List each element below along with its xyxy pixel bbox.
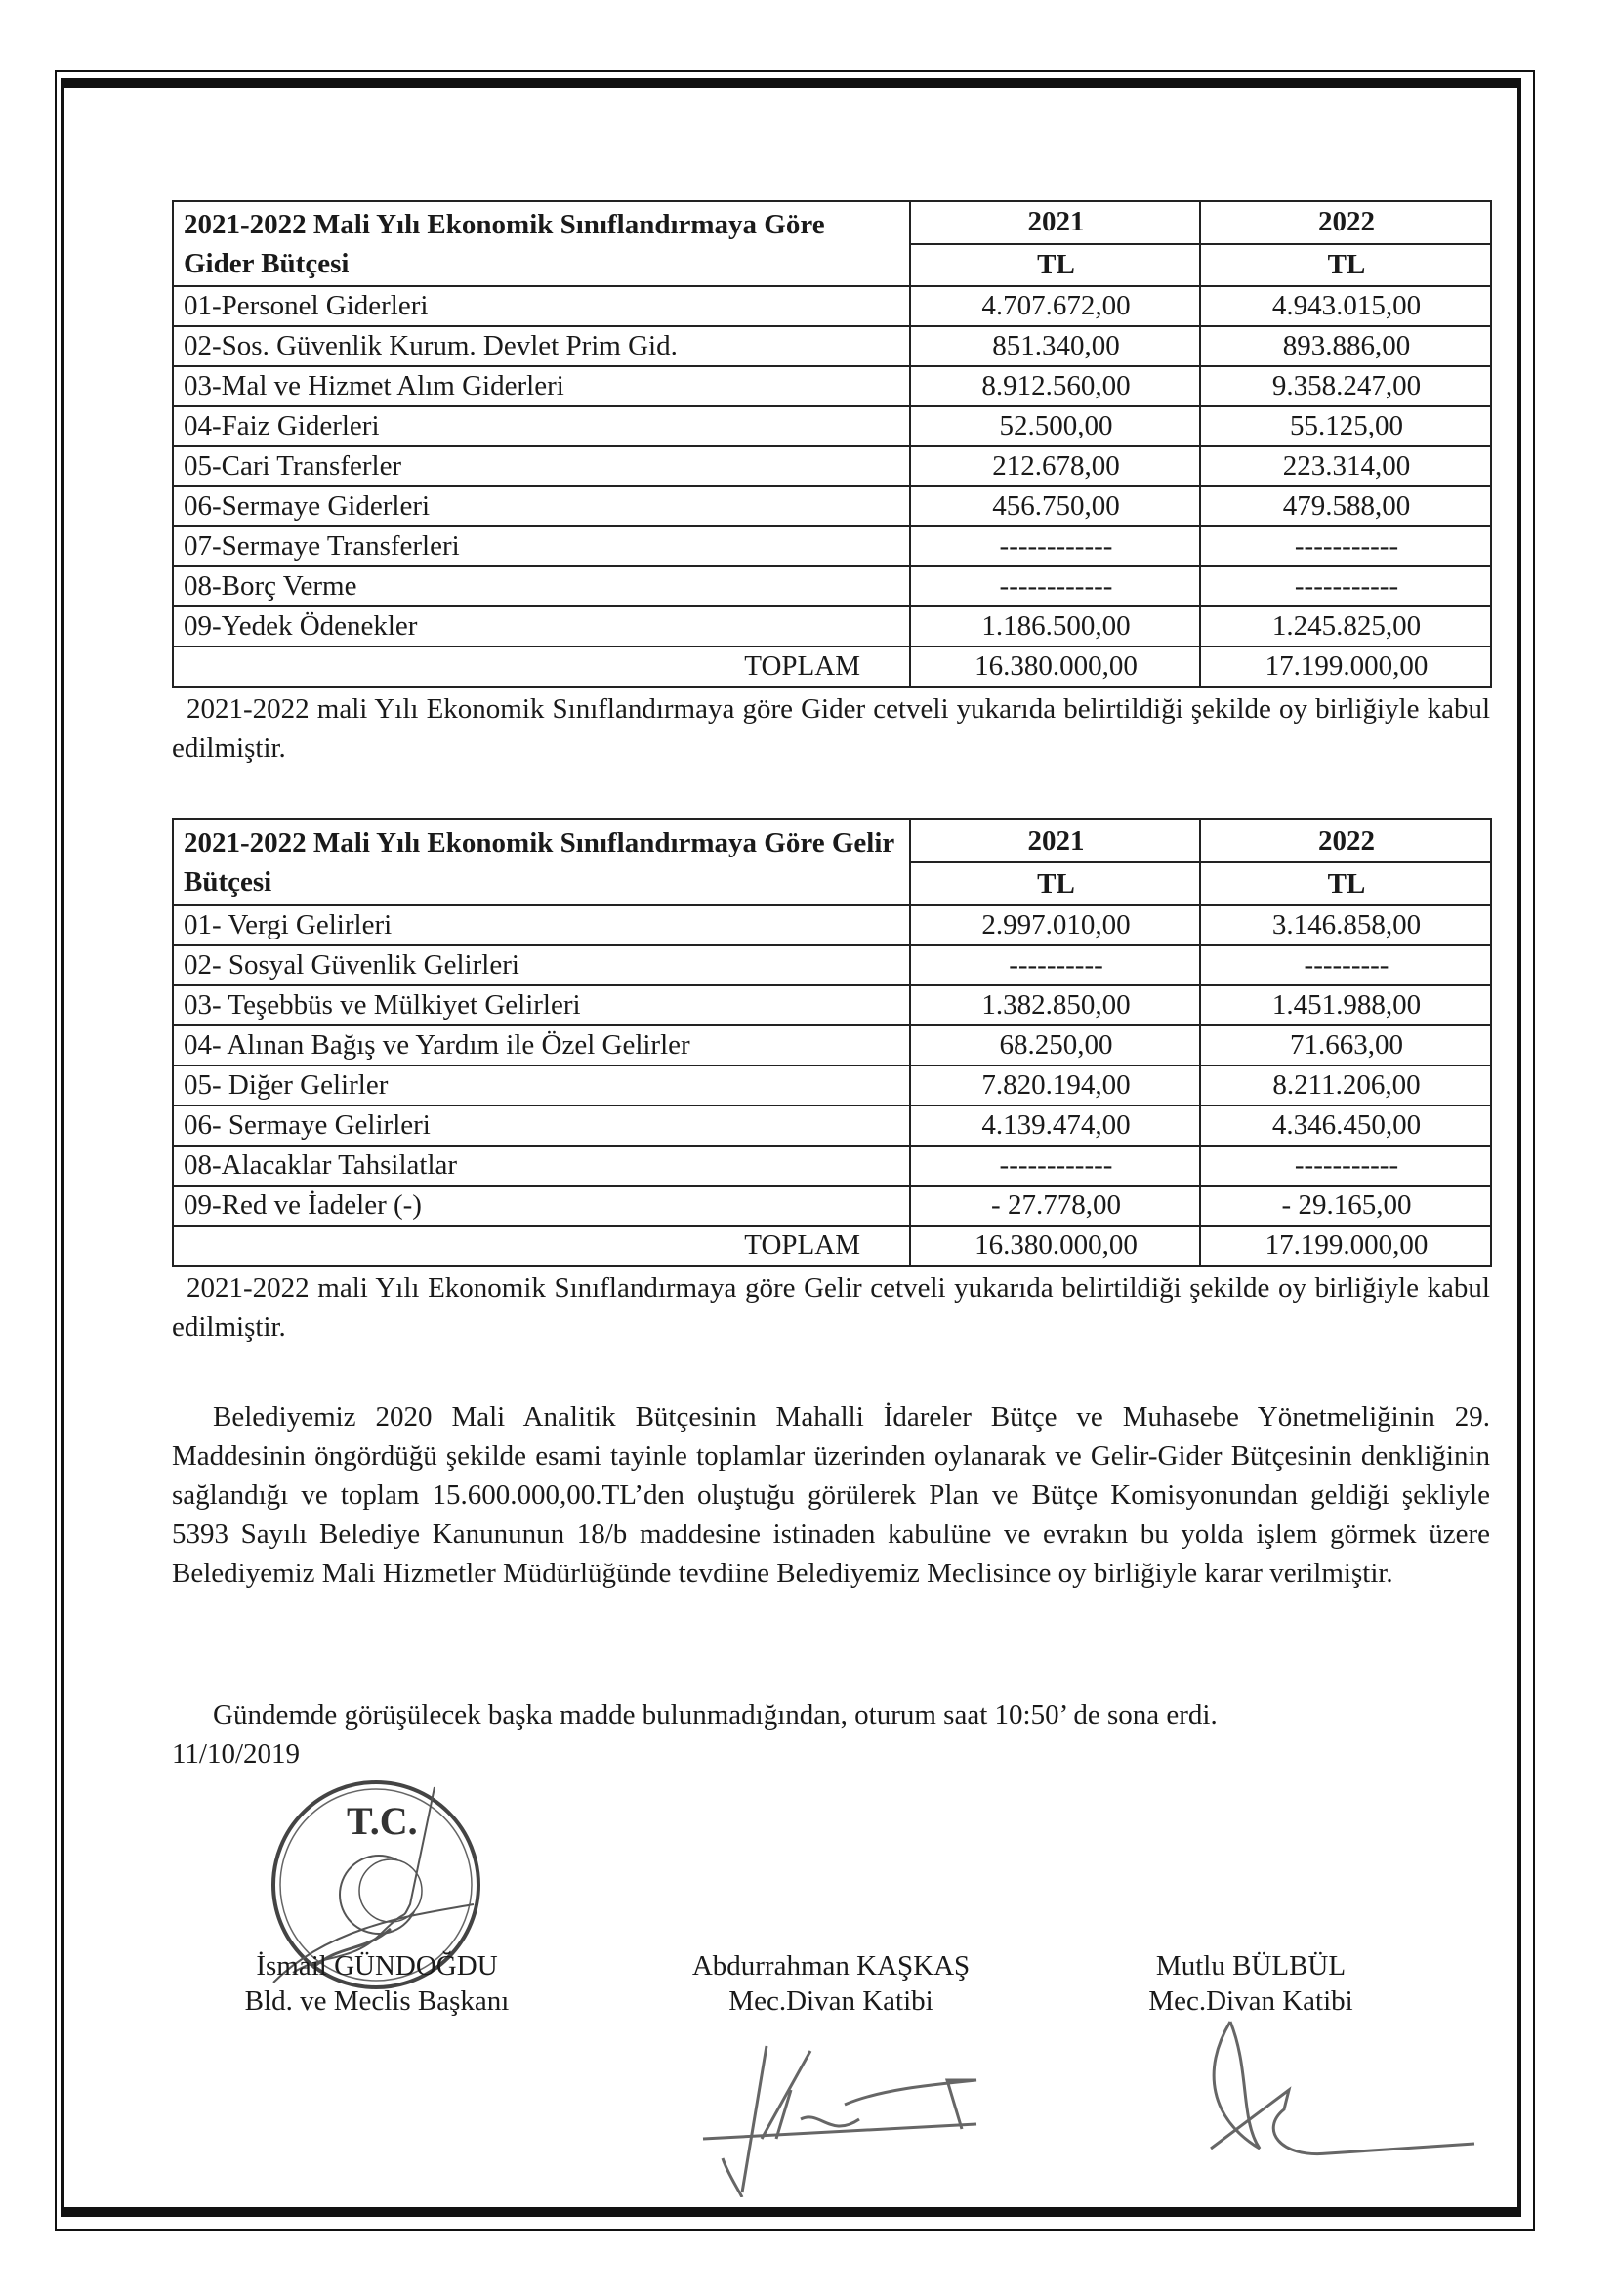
- table-row: 01- Vergi Gelirleri2.997.010,003.146.858…: [173, 905, 1491, 945]
- year-header-2022: 2022: [1200, 819, 1491, 862]
- closing-text: Gündemde görüşülecek başka madde bulunma…: [213, 1699, 1218, 1731]
- row-label: 07-Sermaye Transferleri: [173, 526, 910, 566]
- row-label: 06- Sermaye Gelirleri: [173, 1106, 910, 1146]
- value-2021: ----------: [910, 945, 1200, 985]
- decision-paragraph: Belediyemiz 2020 Mali Analitik Bütçesini…: [172, 1398, 1490, 1593]
- total-row: TOPLAM16.380.000,0017.199.000,00: [173, 647, 1491, 687]
- value-2021: 4.139.474,00: [910, 1106, 1200, 1146]
- table-row: 04-Faiz Giderleri52.500,0055.125,00: [173, 406, 1491, 446]
- total-label: TOPLAM: [173, 647, 910, 687]
- value-2021: 1.382.850,00: [910, 985, 1200, 1025]
- value-2021: 851.340,00: [910, 326, 1200, 366]
- value-2022: 893.886,00: [1200, 326, 1491, 366]
- total-2021: 16.380.000,00: [910, 1226, 1200, 1266]
- table-row: 08-Alacaklar Tahsilatlar----------------…: [173, 1146, 1491, 1186]
- value-2021: ------------: [910, 1146, 1200, 1186]
- value-2022: -----------: [1200, 526, 1491, 566]
- table-row: 09-Red ve İadeler (-)- 27.778,00- 29.165…: [173, 1186, 1491, 1226]
- row-label: 09-Yedek Ödenekler: [173, 606, 910, 647]
- value-2021: 2.997.010,00: [910, 905, 1200, 945]
- row-label: 05-Cari Transferler: [173, 446, 910, 486]
- table-row: 04- Alınan Bağış ve Yardım ile Özel Geli…: [173, 1025, 1491, 1065]
- row-label: 02-Sos. Güvenlik Kurum. Devlet Prim Gid.: [173, 326, 910, 366]
- signatory-1: İsmail GÜNDOĞDU Bld. ve Meclis Başkanı: [230, 1948, 523, 2020]
- row-label: 09-Red ve İadeler (-): [173, 1186, 910, 1226]
- signatory-title: Bld. ve Meclis Başkanı: [230, 1983, 523, 2019]
- year-header-2021: 2021: [910, 201, 1200, 244]
- signatory-name: Mutlu BÜLBÜL: [1104, 1948, 1397, 1983]
- total-label: TOPLAM: [173, 1226, 910, 1266]
- value-2022: 479.588,00: [1200, 486, 1491, 526]
- table-row: 06-Sermaye Giderleri456.750,00479.588,00: [173, 486, 1491, 526]
- value-2021: 4.707.672,00: [910, 286, 1200, 326]
- table-row: 06- Sermaye Gelirleri4.139.474,004.346.4…: [173, 1106, 1491, 1146]
- signature-bulbul-icon: [1191, 2012, 1484, 2158]
- row-label: 03-Mal ve Hizmet Alım Giderleri: [173, 366, 910, 406]
- row-label: 01-Personel Giderleri: [173, 286, 910, 326]
- signature-block: İsmail GÜNDOĞDU Bld. ve Meclis Başkanı A…: [172, 1948, 1490, 2007]
- year-header-2021: 2021: [910, 819, 1200, 862]
- value-2022: -----------: [1200, 566, 1491, 606]
- row-label: 06-Sermaye Giderleri: [173, 486, 910, 526]
- svg-text:T.C.: T.C.: [347, 1799, 418, 1843]
- value-2022: 71.663,00: [1200, 1025, 1491, 1065]
- table-row: 07-Sermaye Transferleri-----------------…: [173, 526, 1491, 566]
- value-2022: 3.146.858,00: [1200, 905, 1491, 945]
- value-2021: 7.820.194,00: [910, 1065, 1200, 1106]
- gelir-budget-table: 2021-2022 Mali Yılı Ekonomik Sınıflandır…: [172, 818, 1492, 1266]
- value-2022: 9.358.247,00: [1200, 366, 1491, 406]
- value-2022: 223.314,00: [1200, 446, 1491, 486]
- gider-budget-table: 2021-2022 Mali Yılı Ekonomik Sınıflandır…: [172, 200, 1492, 688]
- table-header-row: 2021-2022 Mali Yılı Ekonomik Sınıflandır…: [173, 819, 1491, 862]
- total-2022: 17.199.000,00: [1200, 647, 1491, 687]
- total-2022: 17.199.000,00: [1200, 1226, 1491, 1266]
- value-2022: ---------: [1200, 945, 1491, 985]
- value-2022: 55.125,00: [1200, 406, 1491, 446]
- row-label: 03- Teşebbüs ve Mülkiyet Gelirleri: [173, 985, 910, 1025]
- value-2022: 4.346.450,00: [1200, 1106, 1491, 1146]
- signatory-name: Abdurrahman KAŞKAŞ: [665, 1948, 997, 1983]
- value-2022: 1.451.988,00: [1200, 985, 1491, 1025]
- table-title: 2021-2022 Mali Yılı Ekonomik Sınıflandır…: [173, 819, 910, 904]
- value-2021: ------------: [910, 526, 1200, 566]
- unit-header: TL: [1200, 862, 1491, 905]
- signatory-2: Abdurrahman KAŞKAŞ Mec.Divan Katibi: [665, 1948, 997, 2020]
- gider-approval-note: 2021-2022 mali Yılı Ekonomik Sınıflandır…: [172, 689, 1490, 768]
- row-label: 08-Alacaklar Tahsilatlar: [173, 1146, 910, 1186]
- value-2021: 212.678,00: [910, 446, 1200, 486]
- value-2022: - 29.165,00: [1200, 1186, 1491, 1226]
- table-header-row: 2021-2022 Mali Yılı Ekonomik Sınıflandır…: [173, 201, 1491, 244]
- row-label: 02- Sosyal Güvenlik Gelirleri: [173, 945, 910, 985]
- value-2021: 1.186.500,00: [910, 606, 1200, 647]
- table-row: 08-Borç Verme-----------------------: [173, 566, 1491, 606]
- table-row: 01-Personel Giderleri4.707.672,004.943.0…: [173, 286, 1491, 326]
- table-row: 03-Mal ve Hizmet Alım Giderleri8.912.560…: [173, 366, 1491, 406]
- value-2022: 1.245.825,00: [1200, 606, 1491, 647]
- total-2021: 16.380.000,00: [910, 647, 1200, 687]
- value-2022: 4.943.015,00: [1200, 286, 1491, 326]
- gelir-approval-note: 2021-2022 mali Yılı Ekonomik Sınıflandır…: [172, 1269, 1490, 1347]
- value-2022: -----------: [1200, 1146, 1491, 1186]
- value-2022: 8.211.206,00: [1200, 1065, 1491, 1106]
- row-label: 05- Diğer Gelirler: [173, 1065, 910, 1106]
- signatory-3: Mutlu BÜLBÜL Mec.Divan Katibi: [1104, 1948, 1397, 2020]
- table-row: 02- Sosyal Güvenlik Gelirleri-----------…: [173, 945, 1491, 985]
- table-row: 05- Diğer Gelirler7.820.194,008.211.206,…: [173, 1065, 1491, 1106]
- table-row: 02-Sos. Güvenlik Kurum. Devlet Prim Gid.…: [173, 326, 1491, 366]
- row-label: 08-Borç Verme: [173, 566, 910, 606]
- value-2021: 52.500,00: [910, 406, 1200, 446]
- table-row: 05-Cari Transferler212.678,00223.314,00: [173, 446, 1491, 486]
- signatory-name: İsmail GÜNDOĞDU: [230, 1948, 523, 1983]
- table-title: 2021-2022 Mali Yılı Ekonomik Sınıflandır…: [173, 201, 910, 286]
- unit-header: TL: [910, 244, 1200, 287]
- value-2021: 68.250,00: [910, 1025, 1200, 1065]
- signature-kaskas-icon: [684, 2012, 1133, 2197]
- table-row: 03- Teşebbüs ve Mülkiyet Gelirleri1.382.…: [173, 985, 1491, 1025]
- unit-header: TL: [910, 862, 1200, 905]
- unit-header: TL: [1200, 244, 1491, 287]
- table-row: 09-Yedek Ödenekler1.186.500,001.245.825,…: [173, 606, 1491, 647]
- document-body: 2021-2022 Mali Yılı Ekonomik Sınıflandır…: [172, 200, 1490, 1774]
- row-label: 04- Alınan Bağış ve Yardım ile Özel Geli…: [173, 1025, 910, 1065]
- year-header-2022: 2022: [1200, 201, 1491, 244]
- value-2021: ------------: [910, 566, 1200, 606]
- row-label: 01- Vergi Gelirleri: [173, 905, 910, 945]
- row-label: 04-Faiz Giderleri: [173, 406, 910, 446]
- total-row: TOPLAM16.380.000,0017.199.000,00: [173, 1226, 1491, 1266]
- value-2021: 456.750,00: [910, 486, 1200, 526]
- value-2021: - 27.778,00: [910, 1186, 1200, 1226]
- value-2021: 8.912.560,00: [910, 366, 1200, 406]
